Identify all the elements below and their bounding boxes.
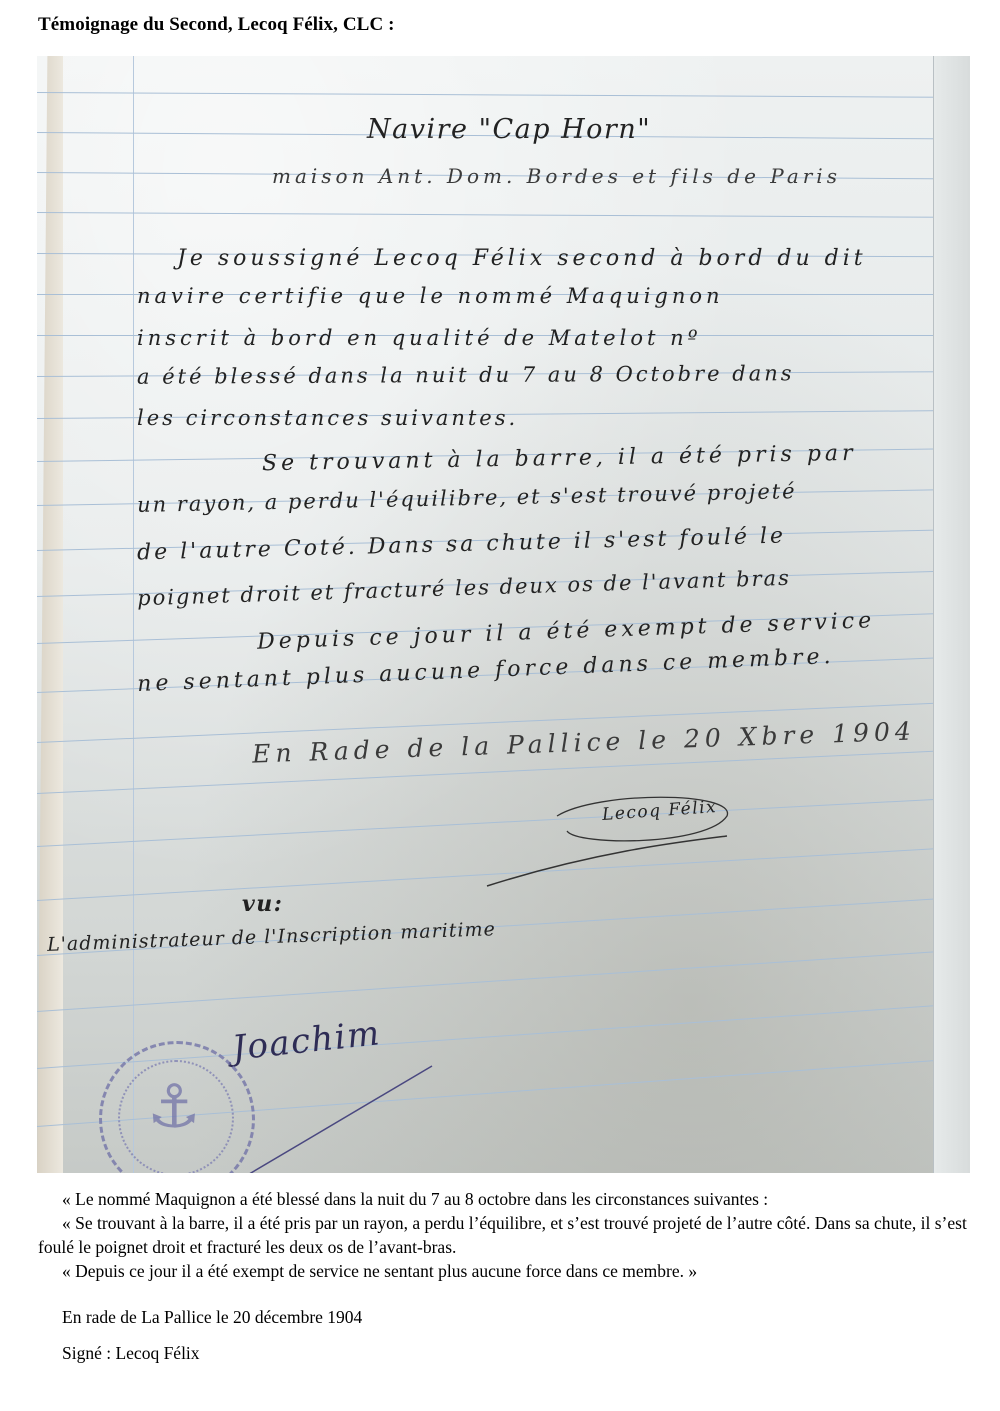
- handwritten-document-photo: Navire "Cap Horn" maison Ant. Dom. Borde…: [37, 56, 970, 1173]
- signature-flourish-icon: [37, 56, 970, 1173]
- anchor-icon: ⚓: [147, 1072, 201, 1142]
- page-title: Témoignage du Second, Lecoq Félix, CLC :: [38, 14, 395, 36]
- place-date: En rade de La Pallice le 20 décembre 190…: [62, 1307, 362, 1328]
- transcription-paragraph: « Depuis ce jour il a été exempt de serv…: [38, 1259, 968, 1283]
- transcription-paragraph: « Se trouvant à la barre, il a été pris …: [38, 1211, 968, 1259]
- transcription-paragraph: « Le nommé Maquignon a été blessé dans l…: [38, 1187, 968, 1211]
- signature-line: Signé : Lecoq Félix: [62, 1343, 200, 1364]
- transcription: « Le nommé Maquignon a été blessé dans l…: [38, 1187, 968, 1283]
- page-edge-right: [933, 56, 970, 1173]
